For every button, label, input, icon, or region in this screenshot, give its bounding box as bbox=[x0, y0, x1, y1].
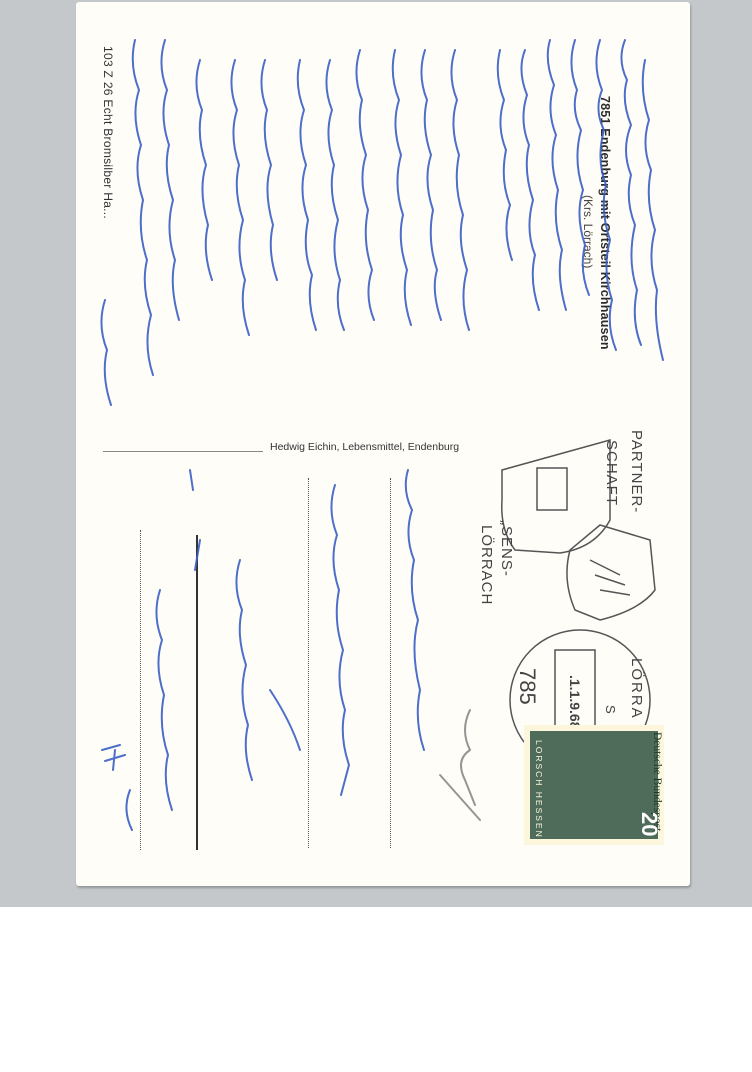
stamp-caption: LORSCH HESSEN bbox=[534, 740, 544, 839]
postmark-slogan-1: PARTNER- bbox=[628, 430, 645, 513]
postmark-city: LÖRRA bbox=[628, 658, 645, 720]
postmark-slogan-2: SCHAFT bbox=[603, 440, 620, 506]
postmark-slogan-4: LÖRRACH bbox=[478, 525, 495, 605]
postmark-postal-code: 785 bbox=[514, 668, 540, 705]
postmark-date: .1.1.9.68 bbox=[567, 675, 583, 730]
postmark-office-letter: S bbox=[603, 705, 618, 714]
postmark-slogan-3: „SENS- bbox=[498, 520, 515, 577]
slogan-cancellation bbox=[0, 0, 752, 1072]
stamp-value: 20 bbox=[636, 812, 662, 836]
